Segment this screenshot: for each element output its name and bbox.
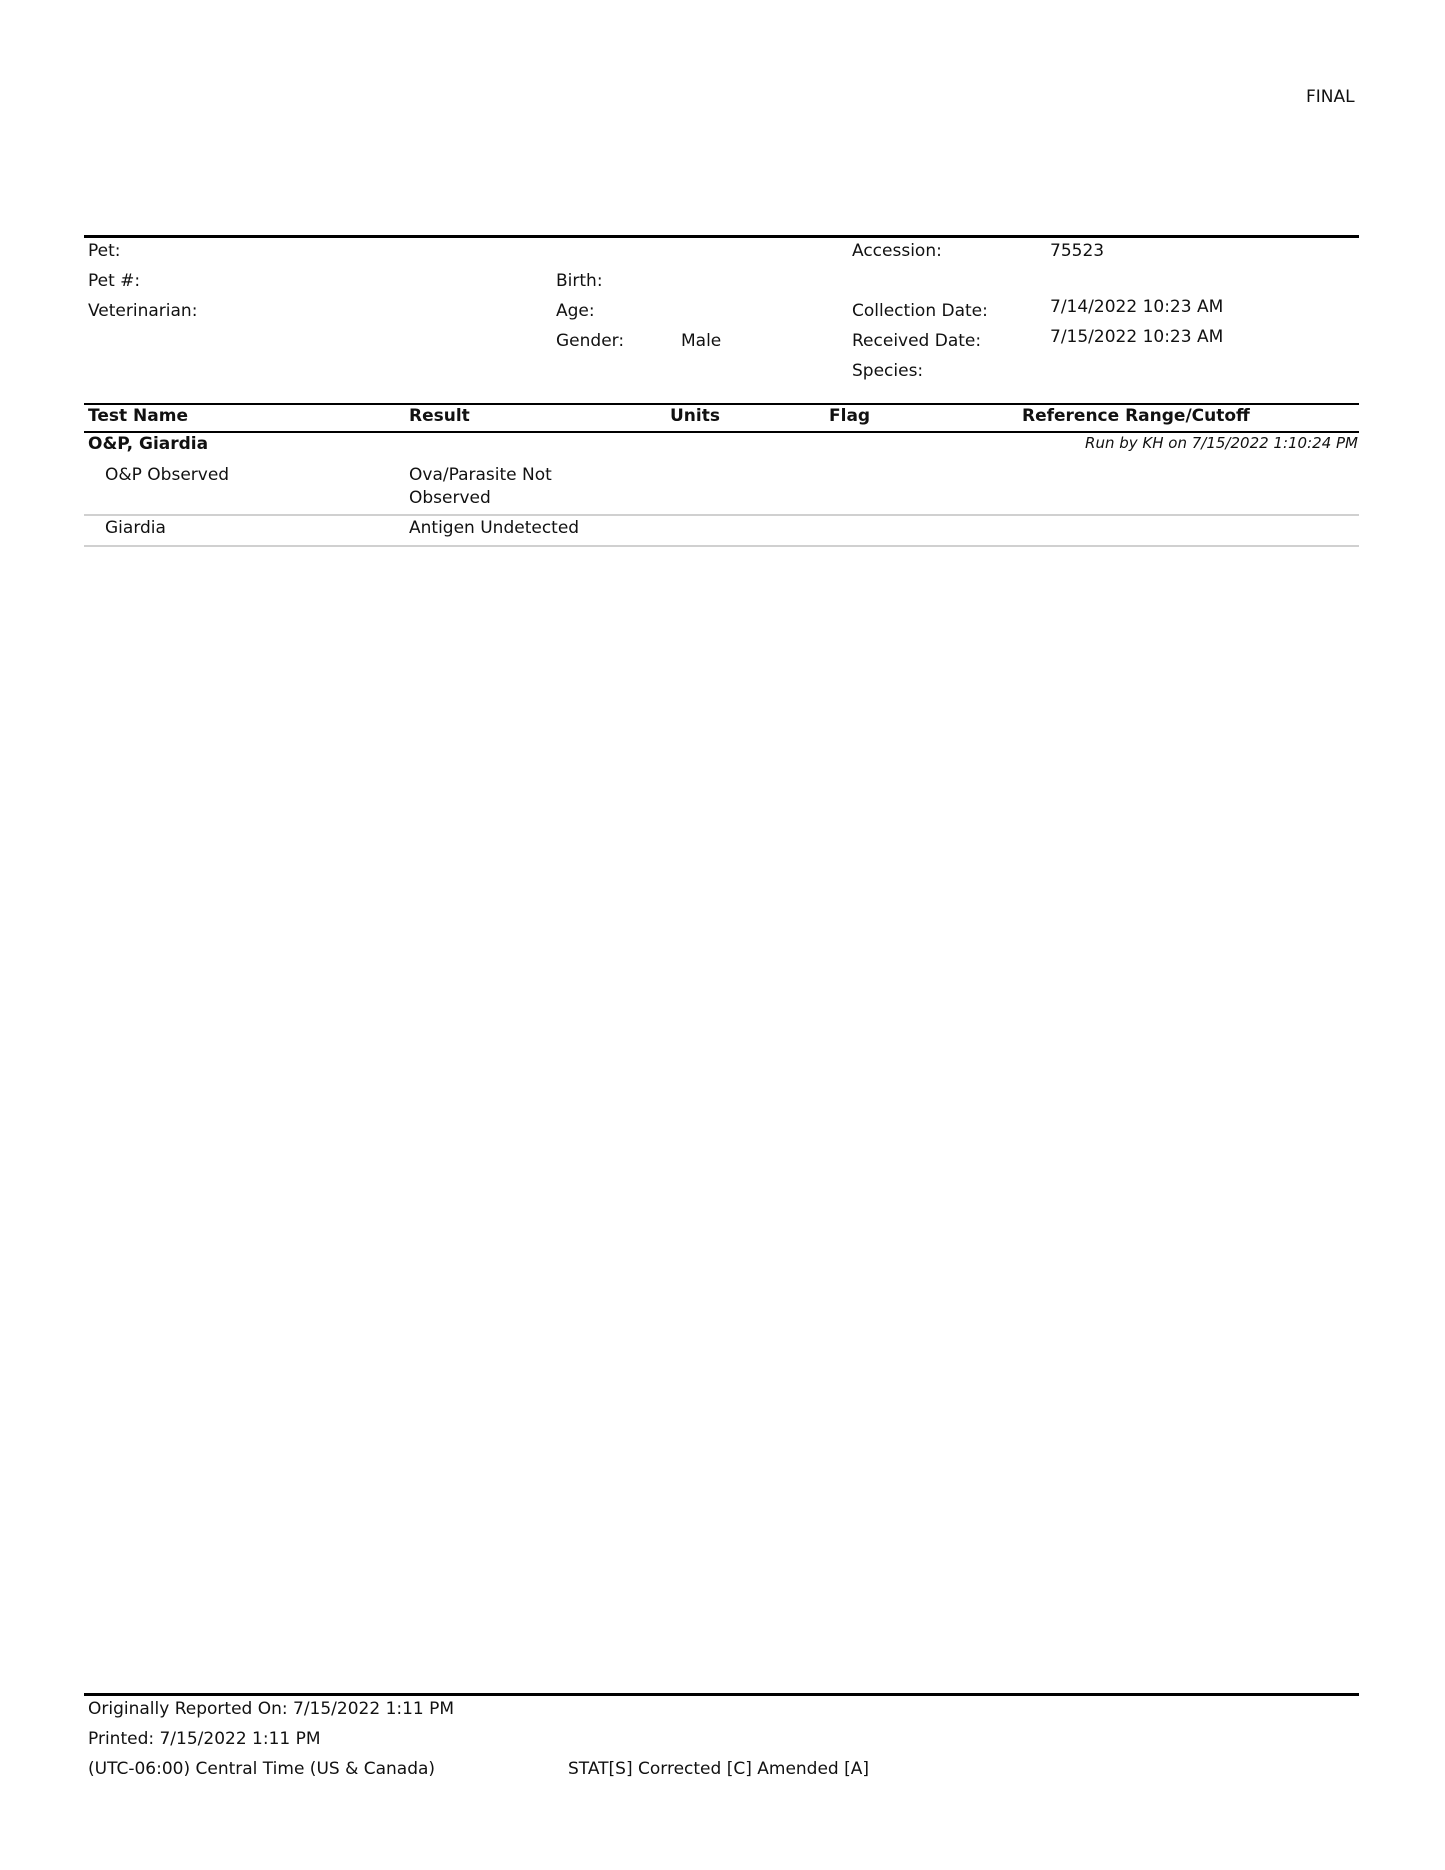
- collection-date-value: 7/14/2022 10:23 AM: [1050, 297, 1223, 317]
- timezone: (UTC-06:00) Central Time (US & Canada): [88, 1759, 435, 1779]
- accession-label: Accession:: [852, 241, 942, 261]
- header-top-rule: [84, 235, 1359, 238]
- report-status: FINAL: [1306, 87, 1355, 107]
- column-header-units: Units: [670, 406, 720, 426]
- panel-run-info: Run by KH on 7/15/2022 1:10:24 PM: [1085, 433, 1358, 453]
- veterinarian-label: Veterinarian:: [88, 301, 197, 321]
- row-test-name: Giardia: [105, 518, 166, 538]
- pet-label: Pet:: [88, 241, 121, 261]
- row-test-name: O&P Observed: [105, 465, 229, 485]
- row-result: Antigen Undetected: [409, 518, 579, 538]
- footer-top-rule: [84, 1693, 1359, 1696]
- panel-name: O&P, Giardia: [88, 434, 208, 454]
- row-result-continued: Observed: [409, 488, 491, 508]
- gender-label: Gender:: [556, 331, 624, 351]
- column-header-reference: Reference Range/Cutoff: [1022, 406, 1250, 426]
- row-separator: [84, 514, 1359, 516]
- column-header-flag: Flag: [829, 406, 870, 426]
- flag-legend: STAT[S] Corrected [C] Amended [A]: [568, 1759, 869, 1779]
- row-result: Ova/Parasite Not: [409, 465, 552, 485]
- pet-number-label: Pet #:: [88, 271, 140, 291]
- age-label: Age:: [556, 301, 595, 321]
- column-header-test-name: Test Name: [88, 406, 188, 426]
- accession-value: 75523: [1050, 241, 1104, 261]
- table-header-top-rule: [84, 403, 1359, 405]
- collection-date-label: Collection Date:: [852, 301, 988, 321]
- originally-reported: Originally Reported On: 7/15/2022 1:11 P…: [88, 1699, 454, 1719]
- row-separator: [84, 545, 1359, 547]
- species-label: Species:: [852, 361, 923, 381]
- received-date-label: Received Date:: [852, 331, 981, 351]
- birth-label: Birth:: [556, 271, 603, 291]
- column-header-result: Result: [409, 406, 470, 426]
- received-date-value: 7/15/2022 10:23 AM: [1050, 327, 1223, 347]
- gender-value: Male: [681, 331, 721, 351]
- printed-timestamp: Printed: 7/15/2022 1:11 PM: [88, 1729, 321, 1749]
